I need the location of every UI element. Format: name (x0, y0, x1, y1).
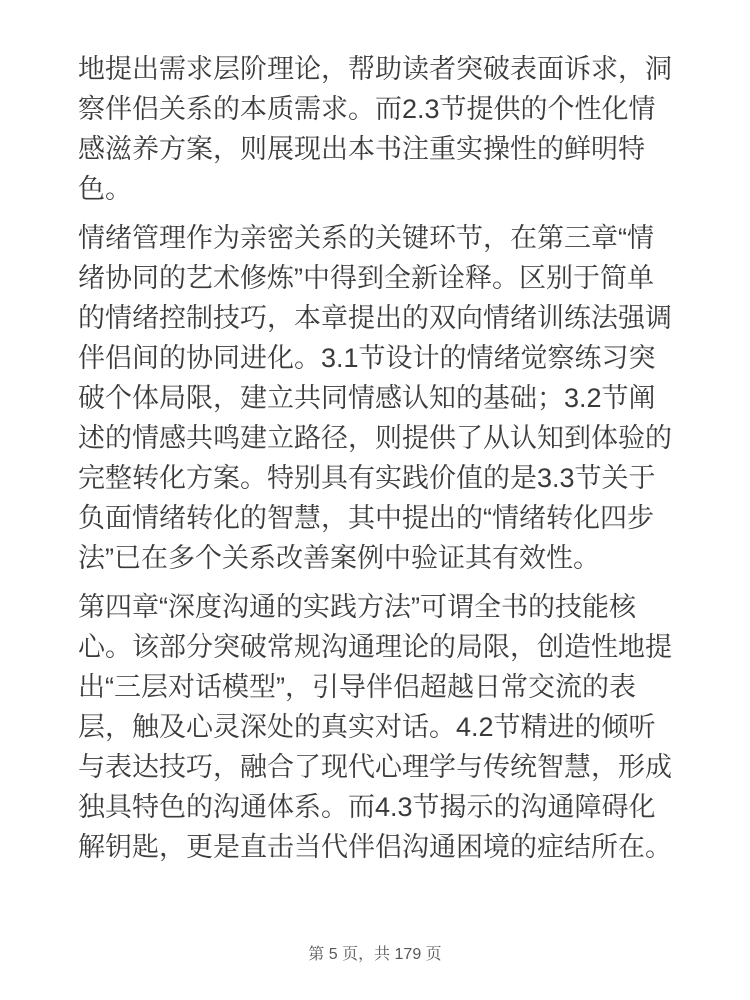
page-number-footer: 第 5 页，共 179 页 (0, 944, 750, 966)
document-page: 地提出需求层阶理论，帮助读者突破表面诉求，洞 察伴侣关系的本质需求。而2.3节提… (0, 0, 750, 1000)
body-paragraph: 地提出需求层阶理论，帮助读者突破表面诉求，洞 察伴侣关系的本质需求。而2.3节提… (78, 49, 726, 209)
page-body: 地提出需求层阶理论，帮助读者突破表面诉求，洞 察伴侣关系的本质需求。而2.3节提… (78, 49, 726, 867)
body-paragraph: 情绪管理作为亲密关系的关键环节，在第三章“情 绪协同的艺术修炼”中得到全新诠释。… (78, 218, 726, 578)
body-paragraph: 第四章“深度沟通的实践方法”可谓全书的技能核 心。该部分突破常规沟通理论的局限，… (78, 587, 726, 867)
